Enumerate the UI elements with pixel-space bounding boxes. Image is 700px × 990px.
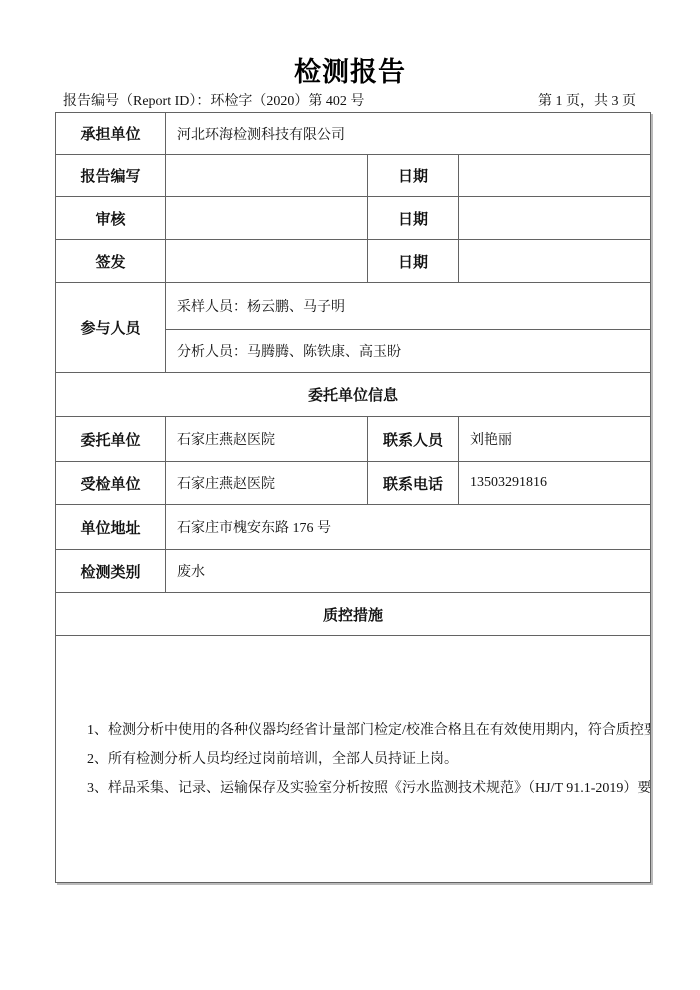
table-row-qc-header: 质控措施	[56, 593, 651, 636]
table-row-writer: 报告编写 日期	[56, 155, 651, 197]
contact-person-value: 刘艳丽	[459, 417, 651, 462]
reviewer-signature-cell	[166, 197, 368, 240]
undertaker-label: 承担单位	[56, 113, 166, 155]
qc-item-1: 1、检测分析中使用的各种仪器均经省计量部门检定/校准合格且在有效使用期内，符合质…	[87, 716, 628, 745]
issuer-signature-cell	[166, 240, 368, 283]
client-label: 委托单位	[56, 417, 166, 462]
inspected-label: 受检单位	[56, 462, 166, 505]
issuer-date-cell	[459, 240, 651, 283]
reviewer-date-cell	[459, 197, 651, 240]
analysis-personnel: 分析人员：马腾腾、陈铁康、高玉盼	[166, 330, 651, 373]
reviewer-label: 审核	[56, 197, 166, 240]
address-label: 单位地址	[56, 505, 166, 550]
report-id: 报告编号（Report ID）：环检字（2020）第 402 号	[55, 90, 364, 110]
contact-phone-value: 13503291816	[459, 462, 651, 505]
page-title: 检测报告	[0, 50, 700, 89]
report-page: 检测报告 报告编号（Report ID）：环检字（2020）第 402 号 第 …	[0, 0, 700, 990]
sampling-personnel: 采样人员：杨云鹏、马子明	[166, 283, 651, 330]
issuer-label: 签发	[56, 240, 166, 283]
table-row-category: 检测类别 废水	[56, 550, 651, 593]
qc-content-cell: 1、检测分析中使用的各种仪器均经省计量部门检定/校准合格且在有效使用期内，符合质…	[56, 636, 651, 883]
table-row-qc-content: 1、检测分析中使用的各种仪器均经省计量部门检定/校准合格且在有效使用期内，符合质…	[56, 636, 651, 883]
qc-item-2: 2、所有检测分析人员均经过岗前培训，全部人员持证上岗。	[87, 745, 628, 774]
table-row-undertaker: 承担单位 河北环海检测科技有限公司	[56, 113, 651, 155]
contact-person-label: 联系人员	[368, 417, 459, 462]
undertaker-value: 河北环海检测科技有限公司	[166, 113, 651, 155]
writer-label: 报告编写	[56, 155, 166, 197]
writer-date-cell	[459, 155, 651, 197]
table-row-reviewer: 审核 日期	[56, 197, 651, 240]
table-row-inspected: 受检单位 石家庄燕赵医院 联系电话 13503291816	[56, 462, 651, 505]
address-value: 石家庄市槐安东路 176 号	[166, 505, 651, 550]
report-info-table: 承担单位 河北环海检测科技有限公司 报告编写 日期 审核 日期 签发 日期	[55, 112, 651, 883]
inspected-value: 石家庄燕赵医院	[166, 462, 368, 505]
reviewer-date-label: 日期	[368, 197, 459, 240]
category-value: 废水	[166, 550, 651, 593]
category-label: 检测类别	[56, 550, 166, 593]
writer-signature-cell	[166, 155, 368, 197]
table-row-address: 单位地址 石家庄市槐安东路 176 号	[56, 505, 651, 550]
report-meta-row: 报告编号（Report ID）：环检字（2020）第 402 号 第 1 页，共…	[55, 90, 650, 110]
page-number: 第 1 页，共 3 页	[538, 90, 650, 110]
qc-section-header: 质控措施	[56, 593, 651, 636]
qc-item-3: 3、样品采集、记录、运输保存及实验室分析按照《污水监测技术规范》（HJ/T 91…	[87, 774, 628, 803]
table-row-client-info-header: 委托单位信息	[56, 373, 651, 417]
table-row-participants-sampling: 参与人员 采样人员：杨云鹏、马子明	[56, 283, 651, 330]
writer-date-label: 日期	[368, 155, 459, 197]
contact-phone-label: 联系电话	[368, 462, 459, 505]
client-value: 石家庄燕赵医院	[166, 417, 368, 462]
table-row-issuer: 签发 日期	[56, 240, 651, 283]
client-info-section-header: 委托单位信息	[56, 373, 651, 417]
table-row-client: 委托单位 石家庄燕赵医院 联系人员 刘艳丽	[56, 417, 651, 462]
participants-label: 参与人员	[56, 283, 166, 373]
issuer-date-label: 日期	[368, 240, 459, 283]
